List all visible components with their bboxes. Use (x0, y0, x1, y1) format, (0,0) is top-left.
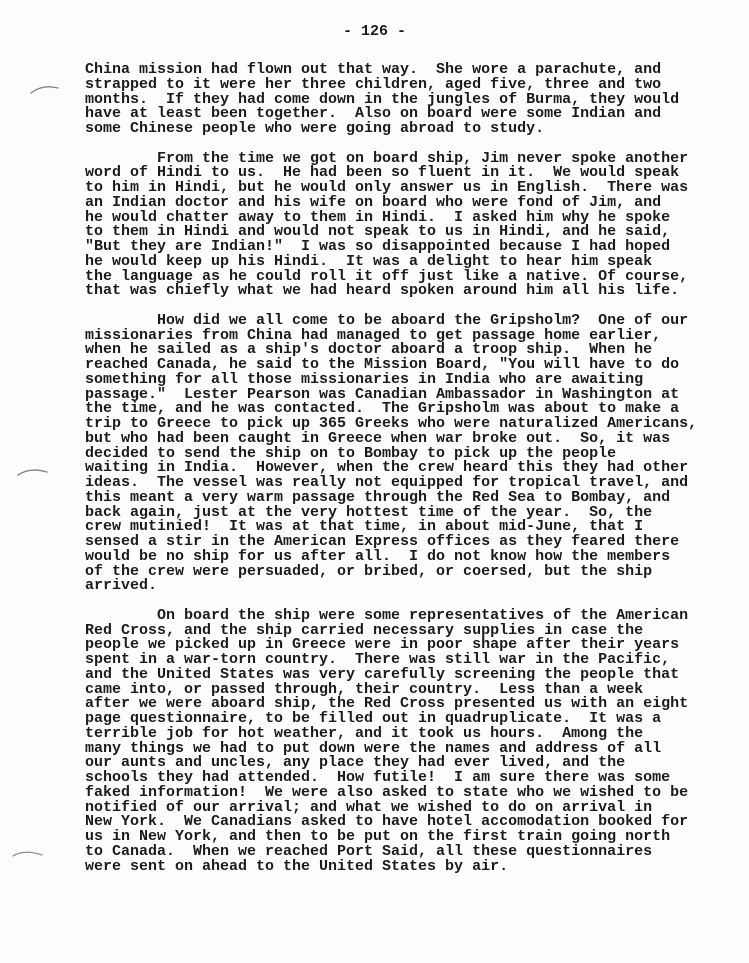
paragraph-jim-hindi: From the time we got on board ship, Jim … (85, 152, 707, 300)
margin-pencil-mark (16, 465, 50, 481)
paragraph-red-cross: On board the ship were some representati… (85, 609, 707, 875)
document-body: China mission had flown out that way. Sh… (85, 63, 707, 889)
margin-pencil-mark (11, 847, 45, 863)
paragraph-gripsholm: How did we all come to be aboard the Gri… (85, 314, 707, 594)
document-page: - 126 - China mission had flown out that… (0, 0, 749, 963)
margin-pencil-mark (29, 82, 61, 98)
paragraph-china-mission: China mission had flown out that way. Sh… (85, 63, 707, 137)
page-number: - 126 - (0, 24, 749, 40)
